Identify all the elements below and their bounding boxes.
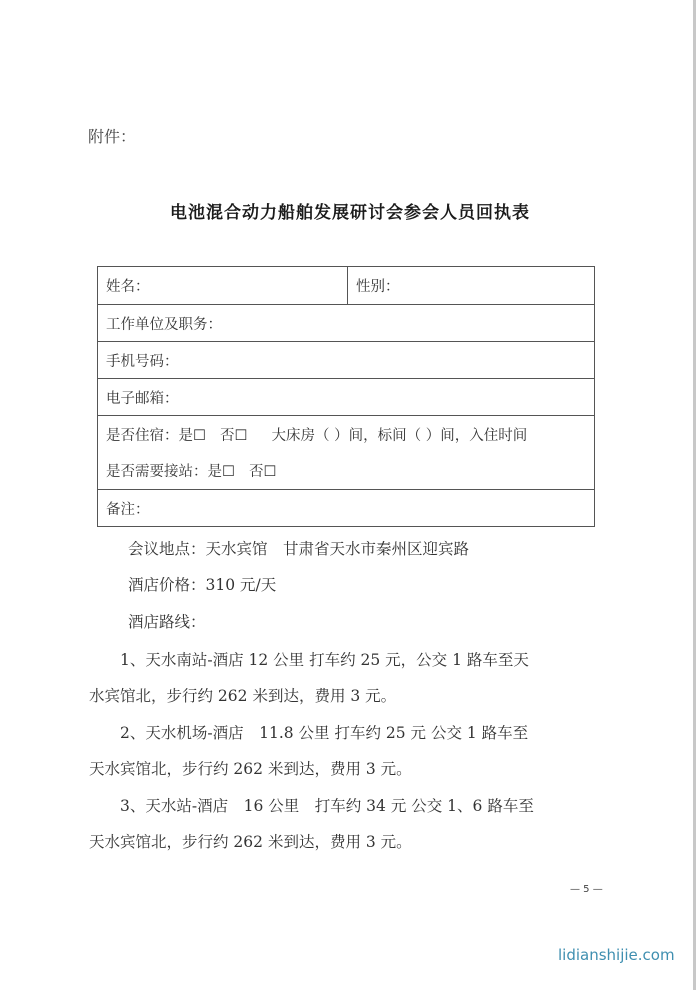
lodging-pickup-section: 是否住宿：是☐否☐大床房（ ）间，标间（ ）间，入住时间 是否需要接站：是☐否☐	[98, 415, 594, 489]
page-number: — 5 —	[570, 884, 603, 895]
email-label: 电子邮箱：	[106, 387, 179, 408]
registration-form-table: 姓名： 性别： 工作单位及职务： 手机号码： 电子邮箱： 是否住宿：是☐否☐大床…	[97, 266, 595, 527]
venue-text: 会议地点：天水宾馆 甘肃省天水市秦州区迎宾路	[128, 537, 469, 559]
route-2-line-2: 天水宾馆北，步行约 262 米到达，费用 3 元。	[89, 757, 412, 779]
remarks-field[interactable]: 备注：	[98, 489, 594, 526]
room-text: 大床房（ ）间，标间（ ）间，入住时间	[272, 428, 528, 444]
route-1-line-1: 1、天水南站-酒店 12 公里 打车约 25 元，公交 1 路车至天	[120, 648, 529, 670]
gender-label: 性别：	[356, 275, 400, 296]
route-3-line-2: 天水宾馆北，步行约 262 米到达，费用 3 元。	[89, 830, 412, 852]
form-row-name-gender: 姓名： 性别：	[98, 267, 594, 304]
lodging-no-checkbox[interactable]: 否☐	[220, 428, 248, 444]
phone-field[interactable]: 手机号码：	[98, 341, 594, 378]
lodging-label: 是否住宿：	[106, 428, 179, 444]
name-field[interactable]: 姓名：	[98, 267, 348, 304]
email-field[interactable]: 电子邮箱：	[98, 378, 594, 415]
route-1-line-2: 水宾馆北，步行约 262 米到达，费用 3 元。	[89, 684, 396, 706]
work-unit-field[interactable]: 工作单位及职务：	[98, 304, 594, 341]
document-title: 电池混合动力船舶发展研讨会参会人员回执表	[0, 198, 700, 223]
remarks-label: 备注：	[106, 498, 150, 519]
lodging-yes-checkbox[interactable]: 是☐	[179, 428, 207, 444]
gender-field[interactable]: 性别：	[348, 267, 594, 304]
page-edge-line	[693, 0, 696, 990]
route-label: 酒店路线：	[128, 610, 206, 632]
pickup-line: 是否需要接站：是☐否☐	[98, 460, 277, 481]
phone-label: 手机号码：	[106, 350, 179, 371]
watermark: lidianshijie.com	[558, 946, 675, 964]
name-label: 姓名：	[106, 275, 150, 296]
route-3-line-1: 3、天水站-酒店 16 公里 打车约 34 元 公交 1、6 路车至	[120, 794, 534, 816]
attachment-label: 附件：	[88, 124, 136, 147]
lodging-line: 是否住宿：是☐否☐大床房（ ）间，标间（ ）间，入住时间	[98, 424, 527, 445]
route-2-line-1: 2、天水机场-酒店 11.8 公里 打车约 25 元 公交 1 路车至	[120, 721, 528, 743]
work-unit-label: 工作单位及职务：	[106, 313, 222, 334]
price-text: 酒店价格：310 元/天	[128, 573, 276, 595]
pickup-label: 是否需要接站：	[106, 464, 208, 480]
pickup-no-checkbox[interactable]: 否☐	[249, 464, 277, 480]
pickup-yes-checkbox[interactable]: 是☐	[208, 464, 236, 480]
